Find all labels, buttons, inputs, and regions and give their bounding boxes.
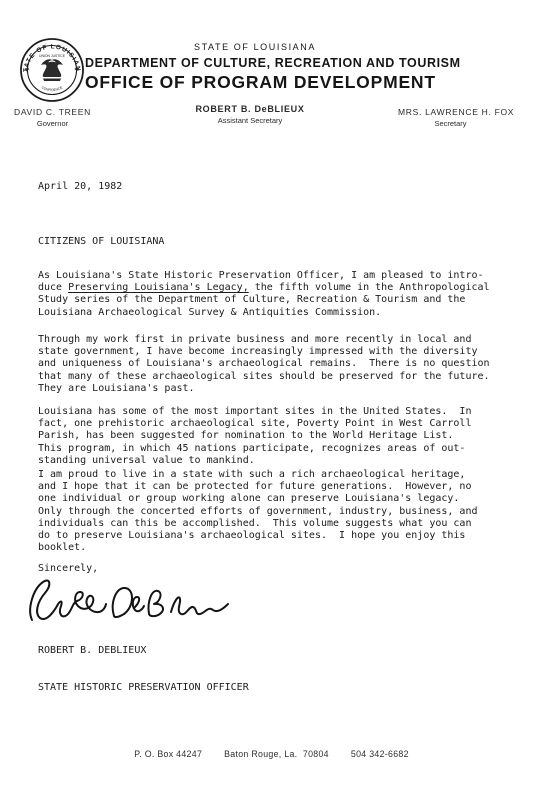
state-line: STATE OF LOUISIANA	[85, 42, 425, 52]
seal-pelican-icon	[41, 59, 63, 81]
assistant-secretary-title: Assistant Secretary	[185, 116, 315, 125]
letterhead: STATE OF LOUISIANA DEPARTMENT OF CULTURE…	[85, 42, 425, 93]
louisiana-state-seal: STATE OF LOUISIANA CONFIDENCE UNION JUST…	[19, 37, 85, 103]
official-assistant-secretary: ROBERT B. DeBLIEUX Assistant Secretary	[185, 104, 315, 125]
letter-paragraph-3: Louisiana has some of the most important…	[38, 406, 516, 467]
governor-title: Governor	[5, 119, 100, 128]
footer-phone: 504 342-6682	[351, 749, 409, 759]
governor-name: DAVID C. TREEN	[5, 107, 100, 117]
footer-address: Baton Rouge, La. 70804	[224, 749, 329, 759]
svg-text:CONFIDENCE: CONFIDENCE	[41, 85, 64, 92]
department-line: DEPARTMENT OF CULTURE, RECREATION AND TO…	[85, 56, 425, 70]
official-secretary: MRS. LAWRENCE H. FOX Secretary	[398, 107, 503, 128]
assistant-secretary-name: ROBERT B. DeBLIEUX	[185, 104, 315, 114]
letter-paragraph-2: Through my work first in private busines…	[38, 334, 516, 395]
letter-salutation: CITIZENS OF LOUISIANA	[38, 236, 164, 248]
paragraph-1-underlined-title: Preserving Louisiana's Legacy,	[68, 282, 249, 293]
letterhead-footer: P. O. Box 44247 Baton Rouge, La. 70804 5…	[0, 749, 543, 759]
letter-paragraph-4: I am proud to live in a state with such …	[38, 469, 516, 554]
handwritten-signature	[26, 573, 231, 627]
secretary-title: Secretary	[398, 119, 503, 128]
state-seal-icon: STATE OF LOUISIANA CONFIDENCE UNION JUST…	[19, 37, 85, 103]
official-governor: DAVID C. TREEN Governor	[5, 107, 100, 128]
signer-title: STATE HISTORIC PRESERVATION OFFICER	[38, 682, 249, 694]
seal-motto-top: UNION JUSTICE	[39, 54, 66, 58]
letter-date: April 20, 1982	[38, 181, 122, 193]
secretary-name: MRS. LAWRENCE H. FOX	[398, 107, 503, 117]
letter-page: { "header": { "seal": { "ring_text": "ST…	[0, 0, 543, 800]
letter-paragraph-1: As Louisiana's State Historic Preservati…	[38, 270, 516, 319]
signature-icon	[26, 573, 231, 627]
office-line: OFFICE OF PROGRAM DEVELOPMENT	[85, 72, 425, 93]
signature-block: ROBERT B. DEBLIEUX STATE HISTORIC PRESER…	[38, 621, 249, 706]
seal-motto-bottom: CONFIDENCE	[41, 85, 64, 92]
signer-name: ROBERT B. DEBLIEUX	[38, 645, 249, 657]
footer-po-box: P. O. Box 44247	[134, 749, 202, 759]
